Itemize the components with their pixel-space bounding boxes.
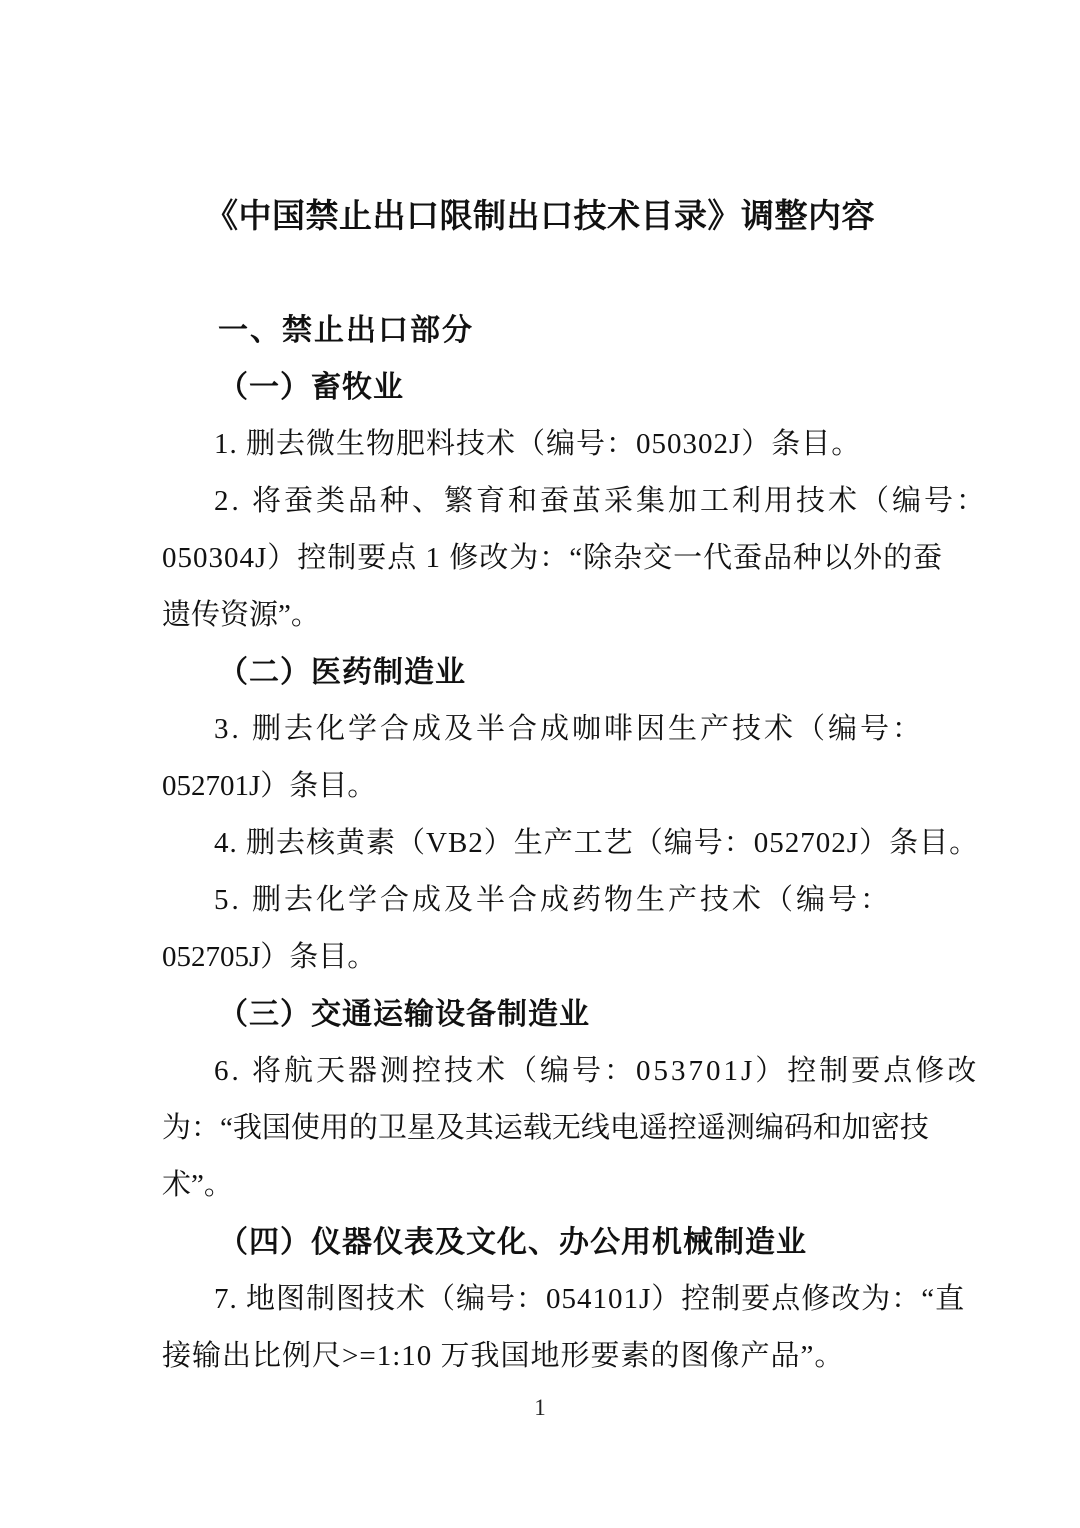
doc-line-item-1: 1. 删去微生物肥料技术（编号：050302J）条目。 [214, 416, 913, 473]
doc-line-item-2-cont2: 遗传资源”。 [162, 587, 913, 644]
doc-line-item-3-cont: 052701J）条目。 [162, 758, 913, 815]
doc-line-item-6: 6. 将航天器测控技术（编号：053701J）控制要点修改 [214, 1043, 913, 1100]
doc-line-item-4: 4. 删去核黄素（VB2）生产工艺（编号：052702J）条目。 [214, 815, 913, 872]
page-number: 1 [0, 1393, 1080, 1423]
section-heading-prohibited-export: 一、禁止出口部分 [218, 302, 913, 359]
document-title: 《中国禁止出口限制出口技术目录》调整内容 [0, 190, 1080, 237]
subsection-heading-instruments: （四）仪器仪表及文化、办公用机械制造业 [218, 1214, 913, 1271]
doc-line-item-7: 7. 地图制图技术（编号：054101J）控制要点修改为：“直 [214, 1271, 913, 1328]
doc-line-item-7-cont: 接输出比例尺>=1:10 万我国地形要素的图像产品”。 [162, 1328, 913, 1385]
doc-line-item-3: 3. 删去化学合成及半合成咖啡因生产技术（编号： [214, 701, 913, 758]
subsection-heading-pharma: （二）医药制造业 [218, 644, 913, 701]
subsection-heading-animal-husbandry: （一）畜牧业 [218, 359, 913, 416]
subsection-heading-transport-equip: （三）交通运输设备制造业 [218, 986, 913, 1043]
doc-line-item-5-cont: 052705J）条目。 [162, 929, 913, 986]
doc-line-item-2-cont: 050304J）控制要点 1 修改为：“除杂交一代蚕品种以外的蚕 [162, 530, 913, 587]
doc-line-item-6-cont2: 术”。 [162, 1157, 913, 1214]
doc-line-item-6-cont: 为：“我国使用的卫星及其运载无线电遥控遥测编码和加密技 [162, 1100, 913, 1157]
document-page: 《中国禁止出口限制出口技术目录》调整内容 一、禁止出口部分 （一）畜牧业 1. … [0, 0, 1080, 1528]
document-body: 一、禁止出口部分 （一）畜牧业 1. 删去微生物肥料技术（编号：050302J）… [162, 302, 913, 1385]
doc-line-item-2: 2. 将蚕类品种、繁育和蚕茧采集加工利用技术（编号： [214, 473, 913, 530]
doc-line-item-5: 5. 删去化学合成及半合成药物生产技术（编号： [214, 872, 913, 929]
